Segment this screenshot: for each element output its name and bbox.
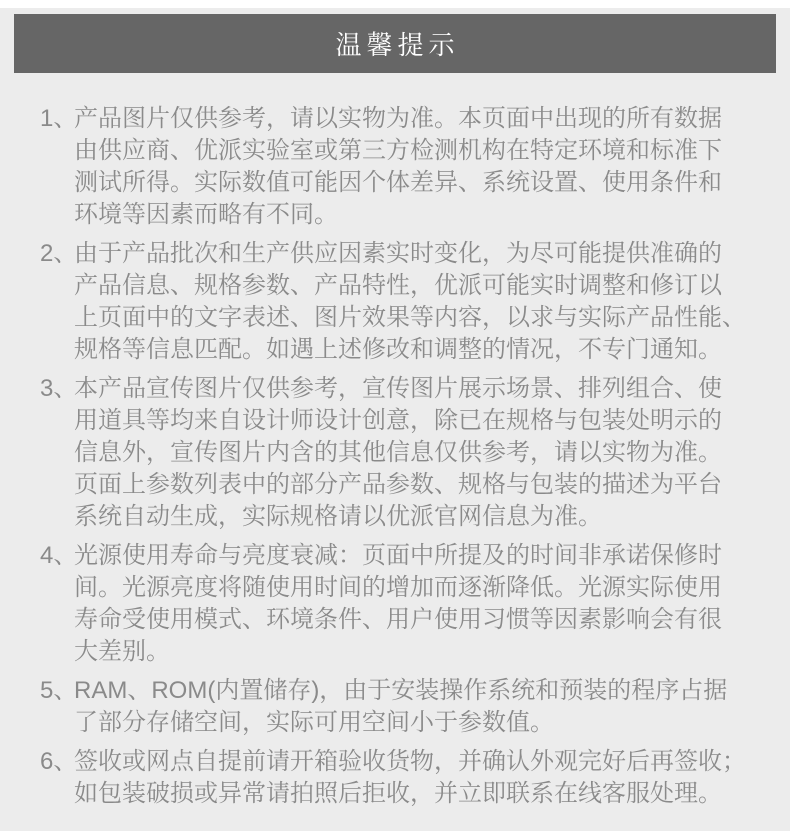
notice-item: 2、 由于产品批次和生产供应因素实时变化，为尽可能提供准确的 产品信息、规格参数… [40,238,760,366]
item-text: 光源使用寿命与亮度衰减：页面中所提及的时间非承诺保修时 间。光源亮度将随使用时间… [74,540,760,668]
item-number: 6、 [40,746,74,778]
notice-page: 温馨提示 1、 产品图片仅供参考，请以实物为准。本页面中出现的所有数据 由供应商… [0,0,790,831]
notice-header-banner: 温馨提示 [14,14,776,73]
item-number: 4、 [40,540,74,572]
item-text: RAM、ROM(内置储存)，由于安装操作系统和预装的程序占据 了部分存储空间，实… [74,675,760,739]
item-number: 3、 [40,373,74,405]
top-white-strip [0,0,790,8]
notice-item: 4、 光源使用寿命与亮度衰减：页面中所提及的时间非承诺保修时 间。光源亮度将随使… [40,540,760,668]
item-number: 5、 [40,675,74,707]
notice-list: 1、 产品图片仅供参考，请以实物为准。本页面中出现的所有数据 由供应商、优派实验… [0,73,790,831]
notice-item: 5、 RAM、ROM(内置储存)，由于安装操作系统和预装的程序占据 了部分存储空… [40,675,760,739]
notice-item: 3、 本产品宣传图片仅供参考，宣传图片展示场景、排列组合、使 用道具等均来自设计… [40,373,760,533]
notice-item: 1、 产品图片仅供参考，请以实物为准。本页面中出现的所有数据 由供应商、优派实验… [40,103,760,231]
notice-item: 6、 签收或网点自提前请开箱验收货物，并确认外观完好后再签收； 如包装破损或异常… [40,746,760,810]
item-text: 本产品宣传图片仅供参考，宣传图片展示场景、排列组合、使 用道具等均来自设计师设计… [74,373,760,533]
item-text: 由于产品批次和生产供应因素实时变化，为尽可能提供准确的 产品信息、规格参数、产品… [74,238,760,366]
page-title: 温馨提示 [330,25,459,62]
item-number: 2、 [40,238,74,270]
item-text: 签收或网点自提前请开箱验收货物，并确认外观完好后再签收； 如包装破损或异常请拍照… [74,746,760,810]
item-text: 产品图片仅供参考，请以实物为准。本页面中出现的所有数据 由供应商、优派实验室或第… [74,103,760,231]
item-number: 1、 [40,103,74,135]
